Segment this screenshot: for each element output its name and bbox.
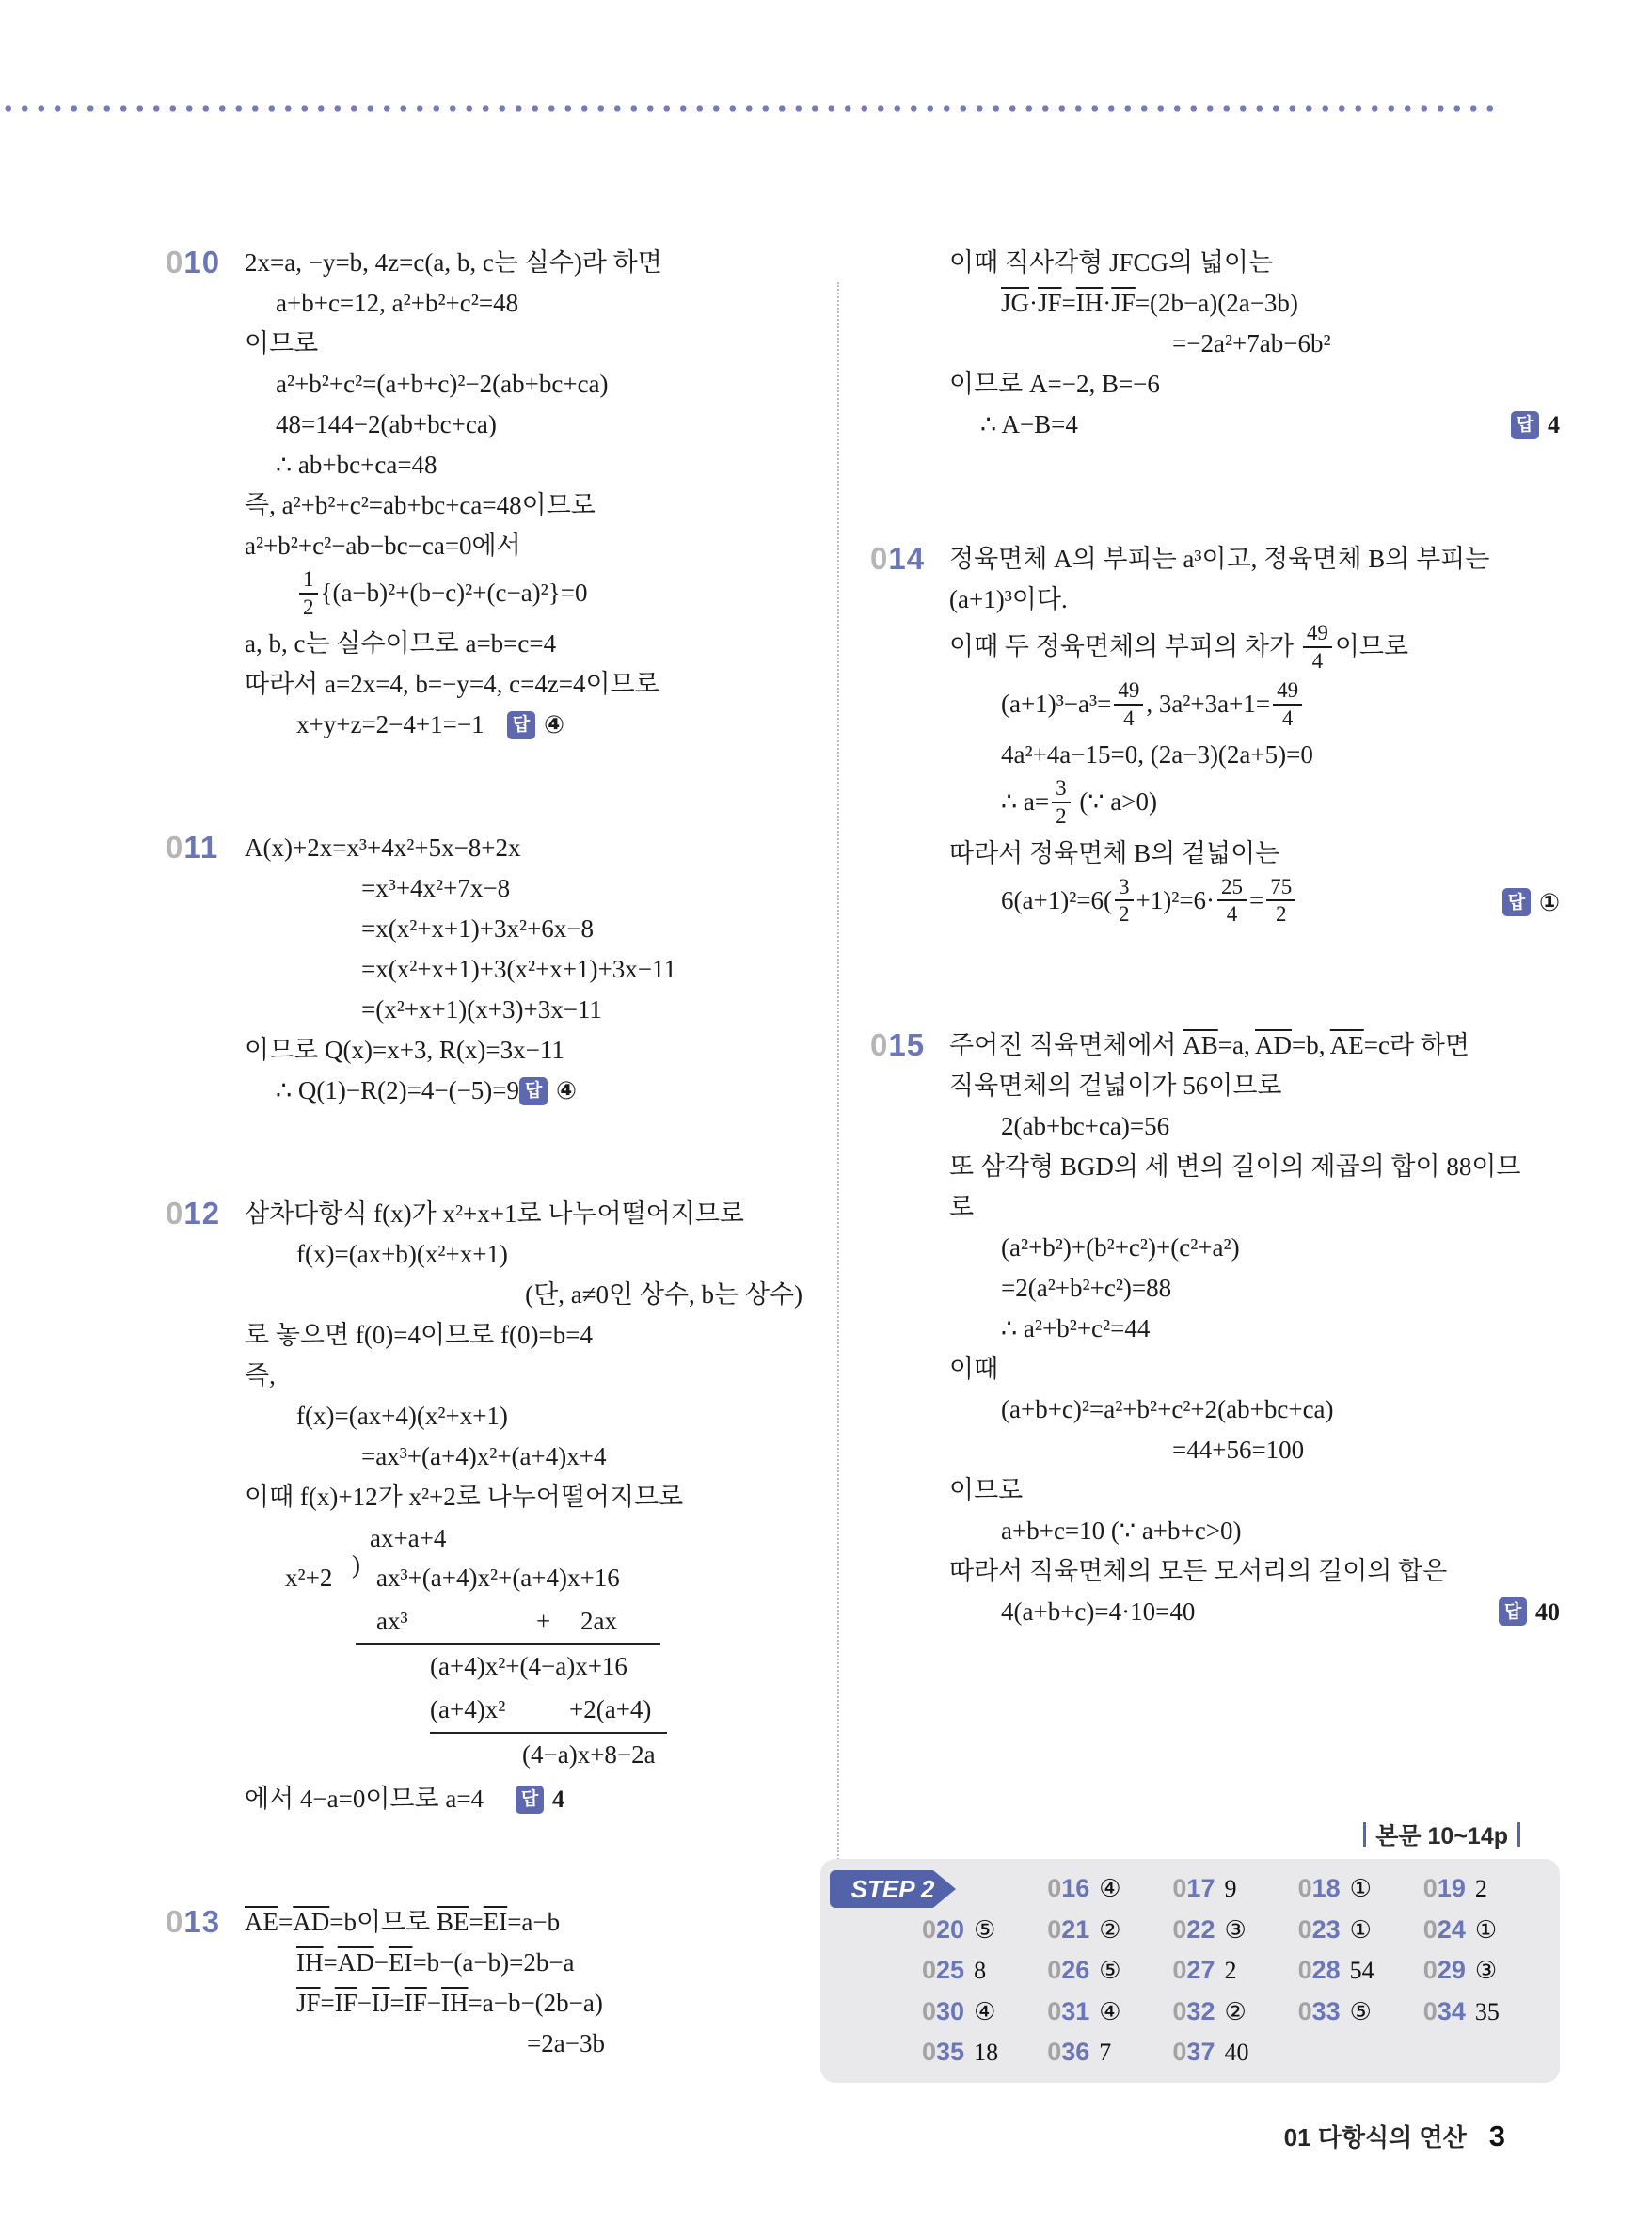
overline-segment: IH: [296, 1948, 324, 1977]
leading-zero: 0: [1047, 1915, 1061, 1944]
answer: 답①: [1502, 882, 1560, 923]
leading-zero: 0: [166, 1196, 183, 1231]
solution-line: 따라서 a=2x=4, b=−y=4, c=4z=4이므로: [245, 664, 804, 705]
solution-expression: 에서 4−a=0이므로 a=4: [245, 1779, 484, 1819]
fraction-denominator: 4: [1217, 899, 1247, 928]
answer-key-entry: 02854: [1298, 1956, 1423, 1985]
division-subtrahend-2b: +2(a+4): [569, 1692, 651, 1726]
fraction: 494: [1114, 677, 1143, 731]
problem-number: 013: [166, 1904, 220, 1940]
number-digits: 24: [1438, 1915, 1466, 1944]
division-quotient: ax+a+4: [370, 1521, 446, 1555]
fraction: 32: [1052, 775, 1071, 829]
answer-key-entry: 0258: [922, 1956, 1047, 1985]
number-digits: 27: [1186, 1956, 1215, 1984]
entry-answer: ④: [1099, 1875, 1120, 1903]
division-paren: ): [352, 1548, 360, 1581]
fraction-denominator: 4: [1303, 646, 1332, 675]
overline-segment: JF: [1111, 289, 1136, 317]
leading-zero: 0: [1298, 1956, 1312, 1984]
answer-key-entry: 03435: [1423, 1997, 1549, 2026]
solution-line: 즉, a²+b²+c²=ab+bc+ca=48이므로: [245, 485, 804, 526]
fraction-numerator: 1: [299, 566, 318, 593]
entry-number: 020: [922, 1915, 964, 1945]
solution-line: 정육면체 A의 부피는 a³이고, 정육면체 B의 부피는: [949, 539, 1562, 580]
overline-segment: JG: [1001, 289, 1029, 317]
solution-line: 2(ab+bc+ca)=56: [949, 1106, 1562, 1147]
leading-zero: 0: [1298, 1997, 1312, 2025]
division-subtrahend-1: ax³: [376, 1604, 408, 1638]
number-digits: 33: [1312, 1997, 1341, 2025]
entry-number: 017: [1172, 1874, 1215, 1903]
number-digits: 21: [1061, 1915, 1089, 1944]
fraction: 32: [1115, 874, 1134, 928]
overline-segment: IF: [335, 1989, 357, 2017]
solution-line: =(x²+x+1)(x+3)+3x−11: [245, 990, 804, 1030]
entry-answer: ③: [1224, 1916, 1246, 1945]
solution-line: 이때: [949, 1349, 1562, 1389]
solution-expression: ∴ Q(1)−R(2)=4−(−5)=9: [276, 1071, 519, 1111]
entry-number: 036: [1047, 2038, 1089, 2067]
solution-line: =ax³+(a+4)x²+(a+4)x+4: [245, 1437, 804, 1477]
number-digits: 36: [1061, 2038, 1089, 2066]
solution-line: 4a²+4a−15=0, (2a−3)(2a+5)=0: [949, 735, 1562, 775]
answer-key-entry: 026⑤: [1047, 1956, 1172, 1985]
leading-zero: 0: [1047, 1997, 1061, 2025]
solution-line: 직육면체의 겉넓이가 56이므로: [949, 1066, 1562, 1106]
number-digits: 31: [1061, 1997, 1089, 2025]
answer-key-entry: 022③: [1172, 1915, 1297, 1945]
leading-zero: 0: [1298, 1874, 1312, 1902]
number-digits: 35: [936, 2038, 964, 2066]
solution-line: 주어진 직육면체에서 AB=a, AD=b, AE=c라 하면: [949, 1025, 1562, 1066]
answer-key-entry: 023①: [1298, 1915, 1423, 1945]
number-digits: 12: [183, 1196, 220, 1231]
solution-expression: 4(a+b+c)=4·10=40: [1001, 1592, 1195, 1632]
number-digits: 11: [183, 830, 218, 865]
leading-zero: 0: [1423, 1997, 1438, 2025]
entry-answer: ③: [1475, 1957, 1497, 1985]
overline-segment: BE: [437, 1908, 469, 1936]
number-digits: 14: [888, 541, 925, 576]
answer-key-entry: 029③: [1423, 1956, 1549, 1985]
entry-number: 031: [1047, 1997, 1089, 2026]
fraction-denominator: 4: [1273, 704, 1302, 732]
solution-body: 2x=a, −y=b, 4z=c(a, b, c는 실수)라 하면a+b+c=1…: [245, 243, 804, 745]
solution-line: 4(a+b+c)=4·10=40답40: [949, 1592, 1562, 1632]
number-digits: 16: [1061, 1874, 1089, 1902]
division-subtrahend-2: (a+4)x²: [430, 1692, 505, 1726]
solution-line: ∴ a=32 (∵ a>0): [949, 775, 1562, 833]
solution-line: (단, a≠0인 상수, b는 상수): [245, 1275, 804, 1315]
fraction-numerator: 75: [1266, 874, 1295, 900]
solution-line: f(x)=(ax+4)(x²+x+1): [245, 1396, 804, 1437]
solution-line: (a+1)³이다.: [949, 580, 1562, 620]
division-dividend: ax³+(a+4)x²+(a+4)x+16: [376, 1561, 620, 1595]
answer-badge: 답: [1499, 1597, 1527, 1626]
entry-answer: 40: [1224, 2039, 1248, 2067]
problem-012: 012삼차다항식 f(x)가 x²+x+1로 나누어떨어지므로f(x)=(ax+…: [166, 1194, 804, 1819]
entry-number: 021: [1047, 1915, 1089, 1945]
division-remainder-1: (a+4)x²+(4−a)x+16: [430, 1649, 627, 1683]
number-digits: 18: [1312, 1874, 1341, 1902]
entry-answer: 9: [1224, 1875, 1236, 1903]
overline-segment: JF: [296, 1989, 321, 2017]
fraction-denominator: 2: [1052, 802, 1071, 830]
entry-number: 019: [1423, 1874, 1466, 1903]
solution-expression: ∴ A−B=4: [980, 405, 1078, 445]
solution-line: =2(a²+b²+c²)=88: [949, 1268, 1562, 1309]
overline-segment: AD: [338, 1948, 374, 1977]
long-division: ax+a+4x²+2)ax³+(a+4)x²+(a+4)x+16ax³+2ax(…: [245, 1521, 804, 1777]
leading-zero: 0: [922, 2038, 936, 2066]
entry-answer: ⑤: [1350, 1998, 1372, 2026]
fraction: 494: [1273, 677, 1302, 731]
number-digits: 34: [1438, 1997, 1466, 2025]
solution-line: 에서 4−a=0이므로 a=4답4: [245, 1779, 804, 1819]
problem-number: 014: [870, 541, 925, 577]
fraction-denominator: 2: [1115, 899, 1134, 928]
leading-zero: 0: [1047, 2038, 1061, 2066]
overline-segment: AB: [1183, 1031, 1218, 1059]
entry-answer: ①: [1350, 1875, 1372, 1903]
solution-line: =2a−3b: [245, 2024, 804, 2064]
fraction: 752: [1266, 874, 1295, 928]
answer-key-entry: 0179: [1172, 1874, 1297, 1903]
number-digits: 17: [1186, 1874, 1215, 1902]
ref-bar-left: [1363, 1822, 1366, 1847]
answer: 답4: [516, 1779, 564, 1819]
answer-key-entry: 0272: [1172, 1956, 1297, 1985]
fraction-numerator: 49: [1303, 620, 1332, 646]
answer-value: 4: [552, 1779, 564, 1819]
answer-value: ④: [544, 705, 564, 745]
entry-answer: ⑤: [974, 1916, 995, 1945]
left-column: 0102x=a, −y=b, 4z=c(a, b, c는 실수)라 하면a+b+…: [166, 243, 804, 2064]
fraction-denominator: 4: [1114, 704, 1143, 732]
division-plus-sign: +: [536, 1604, 550, 1638]
fraction-numerator: 25: [1217, 874, 1247, 900]
problem-continued: 이때 직사각형 JFCG의 넓이는JG·JF=IH·JF=(2b−a)(2a−3…: [870, 243, 1562, 445]
entry-number: 029: [1423, 1956, 1466, 1985]
leading-zero: 0: [1047, 1956, 1061, 1984]
leading-zero: 0: [166, 830, 183, 865]
overline-segment: AD: [1255, 1031, 1292, 1059]
division-remainder-2: (4−a)x+8−2a: [522, 1738, 656, 1771]
leading-zero: 0: [1423, 1956, 1438, 1984]
fraction-denominator: 2: [299, 593, 318, 621]
entry-answer: 54: [1350, 1957, 1374, 1985]
overline-segment: IH: [441, 1989, 469, 2017]
entry-answer: 35: [1475, 1998, 1500, 2026]
solution-expression: x+y+z=2−4+1=−1: [296, 705, 484, 745]
solution-body: AE=AD=b이므로 BE=EI=a−bIH=AD−EI=b−(a−b)=2b−…: [245, 1902, 804, 2064]
entry-number: 037: [1172, 2038, 1215, 2067]
answer-value: ①: [1539, 882, 1560, 923]
solution-line: 이때 f(x)+12가 x²+2로 나누어떨어지므로: [245, 1477, 804, 1517]
solution-line: =x(x²+x+1)+3(x²+x+1)+3x−11: [245, 949, 804, 990]
answer-key-entry: 031④: [1047, 1997, 1172, 2026]
leading-zero: 0: [1172, 1915, 1186, 1944]
answer-key-entry: 021②: [1047, 1915, 1172, 1945]
answer: 답④: [507, 705, 564, 745]
problem-number: 010: [166, 245, 220, 280]
ref-bar-right: [1517, 1822, 1520, 1847]
answer-badge: 답: [516, 1786, 544, 1814]
fraction-numerator: 3: [1052, 775, 1071, 802]
answer-key-entry: 016④: [1047, 1874, 1172, 1903]
entry-answer: 8: [974, 1957, 986, 1985]
solution-line: 이때 직사각형 JFCG의 넓이는: [949, 243, 1562, 283]
solution-line: ∴ A−B=4답4: [949, 405, 1562, 445]
overline-segment: AE: [1330, 1031, 1364, 1059]
answer-key-panel: STEP 2 016④0179018①0192020⑤021②022③023①0…: [820, 1859, 1560, 2083]
leading-zero: 0: [1172, 1997, 1186, 2025]
solution-line: 이때 두 정육면체의 부피의 차가 494이므로: [949, 620, 1562, 677]
number-digits: 26: [1061, 1956, 1089, 1984]
entry-answer: 2: [1475, 1875, 1487, 1903]
solution-line: 로 놓으면 f(0)=4이므로 f(0)=b=4: [245, 1315, 804, 1356]
entry-answer: ④: [974, 1998, 995, 2026]
division-rule-2: [430, 1732, 667, 1734]
answer: 답40: [1499, 1592, 1560, 1632]
solution-body: 주어진 직육면체에서 AB=a, AD=b, AE=c라 하면직육면체의 겉넓이…: [949, 1025, 1562, 1632]
leading-zero: 0: [870, 1027, 888, 1062]
answer: 답④: [519, 1071, 577, 1111]
number-digits: 10: [183, 245, 220, 279]
answer-key-entry: 033⑤: [1298, 1997, 1423, 2026]
column-divider: [837, 282, 839, 2074]
solution-line: JG·JF=IH·JF=(2b−a)(2a−3b): [949, 283, 1562, 324]
solution-line: 이므로 A=−2, B=−6: [949, 364, 1562, 405]
entry-answer: ①: [1475, 1916, 1497, 1945]
problem-number: 011: [166, 830, 218, 865]
number-digits: 15: [888, 1027, 925, 1062]
solution-line: (a+b+c)²=a²+b²+c²+2(ab+bc+ca): [949, 1389, 1562, 1430]
answer-value: 40: [1535, 1592, 1560, 1632]
solution-line: AE=AD=b이므로 BE=EI=a−b: [245, 1902, 804, 1943]
solution-line: 따라서 직육면체의 모든 모서리의 길이의 합은: [949, 1551, 1562, 1592]
entry-number: 025: [922, 1956, 964, 1985]
solution-line: =−2a²+7ab−6b²: [949, 324, 1562, 364]
answer-key-entry: 03740: [1172, 2038, 1297, 2067]
ref-text: 본문 10~14p: [1375, 1818, 1508, 1851]
solution-line: a²+b²+c²=(a+b+c)²−2(ab+bc+ca): [245, 364, 804, 405]
fraction: 12: [299, 566, 318, 620]
division-rule-1: [356, 1643, 660, 1645]
leading-zero: 0: [1047, 1874, 1061, 1902]
solution-line: 이므로: [245, 324, 804, 364]
solution-line: a²+b²+c²−ab−bc−ca=0에서: [245, 526, 804, 566]
answer-badge: 답: [507, 711, 535, 739]
answer-key-entry: 032②: [1172, 1997, 1297, 2026]
number-digits: 13: [183, 1904, 220, 1939]
page-footer: 01 다항식의 연산 3: [1284, 2119, 1505, 2153]
overline-segment: EI: [389, 1948, 412, 1977]
leading-zero: 0: [1423, 1915, 1438, 1944]
problem-011: 011A(x)+2x=x³+4x²+5x−8+2x=x³+4x²+7x−8=x(…: [166, 828, 804, 1111]
problem-number: 012: [166, 1196, 220, 1231]
answer: 답4: [1511, 405, 1560, 445]
solution-line: 따라서 정육면체 B의 겉넓이는: [949, 834, 1562, 874]
entry-answer: ④: [1099, 1998, 1120, 2026]
right-column: 이때 직사각형 JFCG의 넓이는JG·JF=IH·JF=(2b−a)(2a−3…: [870, 243, 1562, 1632]
answer-badge: 답: [1502, 888, 1531, 916]
entry-number: 030: [922, 1997, 964, 2026]
entry-answer: ②: [1224, 1998, 1246, 2026]
solution-line: =x³+4x²+7x−8: [245, 868, 804, 909]
entry-number: 016: [1047, 1874, 1089, 1903]
entry-answer: 7: [1099, 2039, 1111, 2067]
solution-body: 이때 직사각형 JFCG의 넓이는JG·JF=IH·JF=(2b−a)(2a−3…: [949, 243, 1562, 445]
overline-segment: IJ: [372, 1989, 390, 2017]
entry-answer: 2: [1224, 1957, 1236, 1985]
solution-line: x+y+z=2−4+1=−1답④: [245, 705, 804, 745]
fraction-denominator: 2: [1266, 899, 1295, 928]
problem-015: 015주어진 직육면체에서 AB=a, AD=b, AE=c라 하면직육면체의 …: [870, 1025, 1562, 1632]
entry-answer: 18: [974, 2039, 998, 2067]
fraction: 254: [1217, 874, 1247, 928]
entry-number: 018: [1298, 1874, 1341, 1903]
solution-line: 6(a+1)²=6(32+1)²=6·254=752답①: [949, 874, 1562, 931]
answer-key-entry: 018①: [1298, 1874, 1423, 1903]
division-divisor: x²+2: [285, 1561, 332, 1595]
top-dotted-border: [0, 104, 1498, 113]
solution-line: =44+56=100: [949, 1430, 1562, 1470]
source-reference: 본문 10~14p: [1363, 1818, 1520, 1851]
page-number: 3: [1489, 2120, 1505, 2153]
leading-zero: 0: [1423, 1874, 1438, 1902]
division-subtrahend-1b: 2ax: [580, 1604, 617, 1638]
solution-body: A(x)+2x=x³+4x²+5x−8+2x=x³+4x²+7x−8=x(x²+…: [245, 828, 804, 1111]
answer-key-entry: 024①: [1423, 1915, 1549, 1945]
leading-zero: 0: [922, 1915, 936, 1944]
leading-zero: 0: [1172, 1956, 1186, 1984]
solution-line: (a+1)³−a³=494, 3a²+3a+1=494: [949, 677, 1562, 735]
answer-value: 4: [1548, 405, 1560, 445]
problem-014: 014정육면체 A의 부피는 a³이고, 정육면체 B의 부피는(a+1)³이다…: [870, 539, 1562, 931]
entry-number: 023: [1298, 1915, 1341, 1945]
solution-line: ∴ Q(1)−R(2)=4−(−5)=9답④: [245, 1071, 804, 1111]
number-digits: 20: [936, 1915, 964, 1944]
answer-value: ④: [556, 1071, 577, 1111]
chapter-title: 01 다항식의 연산: [1284, 2119, 1467, 2153]
leading-zero: 0: [922, 1997, 936, 2025]
solution-line: =x(x²+x+1)+3x²+6x−8: [245, 909, 804, 949]
fraction: 494: [1303, 620, 1332, 674]
solution-line: ∴ a²+b²+c²=44: [949, 1309, 1562, 1349]
solution-body: 삼차다항식 f(x)가 x²+x+1로 나누어떨어지므로f(x)=(ax+b)(…: [245, 1194, 804, 1819]
solution-line: 즉,: [245, 1356, 804, 1396]
solution-line: a+b+c=12, a²+b²+c²=48: [245, 283, 804, 324]
answer-badge: 답: [1511, 411, 1539, 439]
number-digits: 22: [1186, 1915, 1215, 1944]
entry-number: 027: [1172, 1956, 1215, 1985]
number-digits: 32: [1186, 1997, 1215, 2025]
problem-number: 015: [870, 1027, 925, 1063]
entry-answer: ②: [1099, 1916, 1120, 1945]
entry-number: 028: [1298, 1956, 1341, 1985]
answer-key-entry: 020⑤: [922, 1915, 1047, 1945]
number-digits: 29: [1438, 1956, 1466, 1984]
entry-answer: ①: [1350, 1916, 1372, 1945]
leading-zero: 0: [1172, 2038, 1186, 2066]
leading-zero: 0: [1172, 1874, 1186, 1902]
overline-segment: AD: [293, 1908, 329, 1936]
entry-number: 035: [922, 2038, 964, 2067]
overline-segment: JF: [1038, 289, 1062, 317]
solution-line: f(x)=(ax+b)(x²+x+1): [245, 1234, 804, 1275]
entry-number: 022: [1172, 1915, 1215, 1945]
solution-line: ∴ ab+bc+ca=48: [245, 445, 804, 485]
entry-number: 032: [1172, 1997, 1215, 2026]
fraction-numerator: 49: [1114, 677, 1143, 704]
leading-zero: 0: [166, 245, 183, 279]
solution-line: a, b, c는 실수이므로 a=b=c=4: [245, 624, 804, 664]
solution-line: 12{(a−b)²+(b−c)²+(c−a)²}=0: [245, 566, 804, 624]
entry-number: 034: [1423, 1997, 1466, 2026]
solution-line: IH=AD−EI=b−(a−b)=2b−a: [245, 1943, 804, 1983]
overline-segment: AE: [245, 1908, 278, 1936]
solution-line: 또 삼각형 BGD의 세 변의 길이의 제곱의 합이 88이므: [949, 1147, 1562, 1187]
answer-key-entry: 030④: [922, 1997, 1047, 2026]
entry-answer: ⑤: [1099, 1957, 1120, 1985]
solution-line: 2x=a, −y=b, 4z=c(a, b, c는 실수)라 하면: [245, 243, 804, 283]
answer-key-grid: 016④0179018①0192020⑤021②022③023①024①0258…: [832, 1868, 1549, 2073]
number-digits: 23: [1312, 1915, 1341, 1944]
number-digits: 19: [1438, 1874, 1466, 1902]
problem-010: 0102x=a, −y=b, 4z=c(a, b, c는 실수)라 하면a+b+…: [166, 243, 804, 745]
solution-body: 정육면체 A의 부피는 a³이고, 정육면체 B의 부피는(a+1)³이다.이때…: [949, 539, 1562, 931]
fraction-numerator: 3: [1115, 874, 1134, 900]
solution-line: 이므로: [949, 1470, 1562, 1511]
overline-segment: IH: [1076, 289, 1104, 317]
fraction-numerator: 49: [1273, 677, 1302, 704]
leading-zero: 0: [1298, 1915, 1312, 1944]
answer-badge: 답: [519, 1077, 548, 1105]
entry-number: 024: [1423, 1915, 1466, 1945]
workbook-solution-page: 0102x=a, −y=b, 4z=c(a, b, c는 실수)라 하면a+b+…: [0, 0, 1652, 2223]
leading-zero: 0: [922, 1956, 936, 1984]
solution-line: 이므로 Q(x)=x+3, R(x)=3x−11: [245, 1030, 804, 1071]
solution-line: A(x)+2x=x³+4x²+5x−8+2x: [245, 828, 804, 868]
number-digits: 37: [1186, 2038, 1215, 2066]
number-digits: 25: [936, 1956, 964, 1984]
leading-zero: 0: [870, 541, 888, 576]
entry-number: 033: [1298, 1997, 1341, 2026]
solution-expression: 6(a+1)²=6(32+1)²=6·254=752: [1001, 874, 1298, 931]
overline-segment: EI: [484, 1908, 507, 1936]
solution-line: 48=144−2(ab+bc+ca): [245, 405, 804, 445]
solution-line: 삼차다항식 f(x)가 x²+x+1로 나누어떨어지므로: [245, 1194, 804, 1234]
entry-number: 026: [1047, 1956, 1089, 1985]
leading-zero: 0: [166, 1904, 183, 1939]
answer-key-entry: 03518: [922, 2038, 1047, 2067]
answer-key-entry: 0367: [1047, 2038, 1172, 2067]
solution-line: JF=IF−IJ=IF−IH=a−b−(2b−a): [245, 1983, 804, 2024]
number-digits: 28: [1312, 1956, 1341, 1984]
answer-key-entry: 0192: [1423, 1874, 1549, 1903]
number-digits: 30: [936, 1997, 964, 2025]
solution-line: 로: [949, 1187, 1562, 1228]
problem-013: 013AE=AD=b이므로 BE=EI=a−bIH=AD−EI=b−(a−b)=…: [166, 1902, 804, 2064]
solution-line: (a²+b²)+(b²+c²)+(c²+a²): [949, 1228, 1562, 1268]
solution-line: a+b+c=10 (∵ a+b+c>0): [949, 1511, 1562, 1551]
overline-segment: IF: [405, 1989, 427, 2017]
